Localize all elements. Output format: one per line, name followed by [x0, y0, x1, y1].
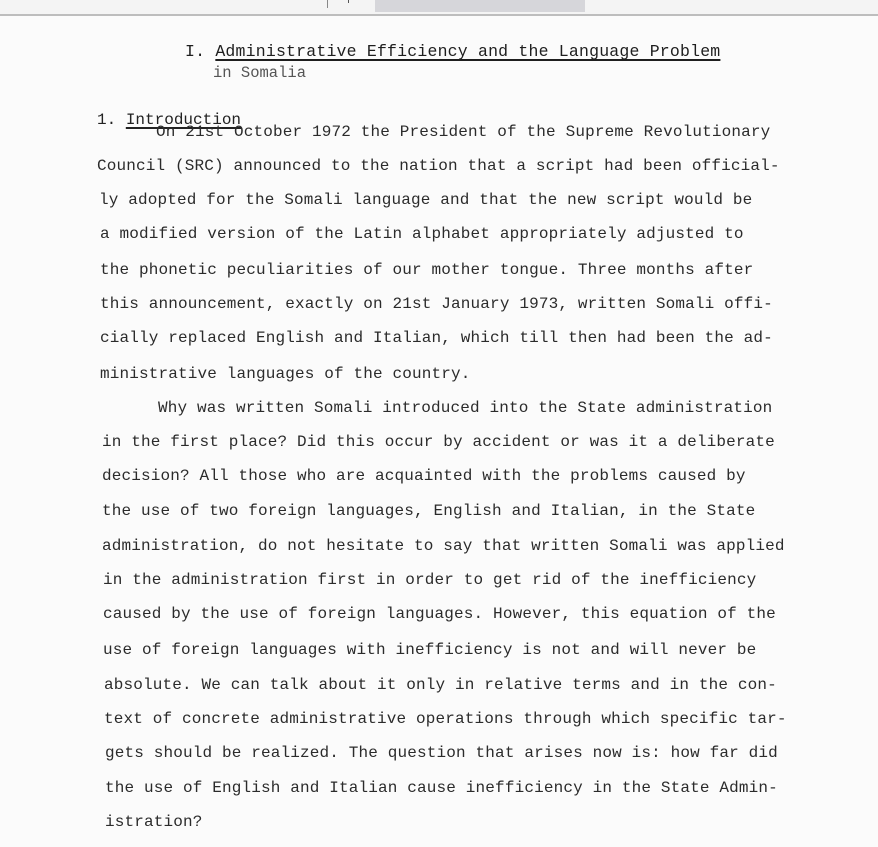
- text-line: a modified version of the Latin alphabet…: [100, 225, 744, 243]
- text-line: text of concrete administrative operatio…: [104, 710, 787, 728]
- document-page: I. Administrative Efficiency and the Lan…: [0, 16, 878, 847]
- text-line: decision? All those who are acquainted w…: [102, 467, 746, 485]
- text-line: gets should be realized. The question th…: [105, 744, 778, 762]
- toolbar-tick: [348, 0, 349, 3]
- text-line: in the first place? Did this occur by ac…: [102, 433, 775, 451]
- chapter-number: I.: [185, 42, 205, 61]
- text-line: ly adopted for the Somali language and t…: [99, 191, 752, 209]
- chapter-subtitle: in Somalia: [213, 64, 306, 82]
- text-line: Council (SRC) announced to the nation th…: [97, 157, 780, 175]
- section-number: 1.: [97, 111, 116, 129]
- text-line: use of foreign languages with inefficien…: [103, 641, 756, 659]
- text-line: Why was written Somali introduced into t…: [158, 399, 772, 417]
- text-line: the phonetic peculiarities of our mother…: [100, 261, 753, 279]
- text-line: istration?: [105, 813, 203, 831]
- horizontal-scrollbar-thumb[interactable]: [375, 0, 585, 12]
- text-line: ministrative languages of the country.: [100, 365, 471, 383]
- text-line: caused by the use of foreign languages. …: [103, 605, 776, 623]
- text-line: this announcement, exactly on 21st Janua…: [100, 295, 773, 313]
- text-line: in the administration first in order to …: [103, 571, 756, 589]
- text-line: the use of two foreign languages, Englis…: [102, 502, 755, 520]
- text-line: absolute. We can talk about it only in r…: [104, 676, 777, 694]
- chapter-heading: I. Administrative Efficiency and the Lan…: [185, 42, 720, 61]
- toolbar-separator: [327, 0, 328, 8]
- chapter-title: Administrative Efficiency and the Langua…: [215, 42, 720, 61]
- text-line: cially replaced English and Italian, whi…: [100, 329, 773, 347]
- text-line: administration, do not hesitate to say t…: [102, 537, 785, 555]
- text-line: the use of English and Italian cause ine…: [105, 779, 778, 797]
- viewer-toolbar: [0, 0, 878, 16]
- text-line: On 21st October 1972 the President of th…: [156, 123, 770, 141]
